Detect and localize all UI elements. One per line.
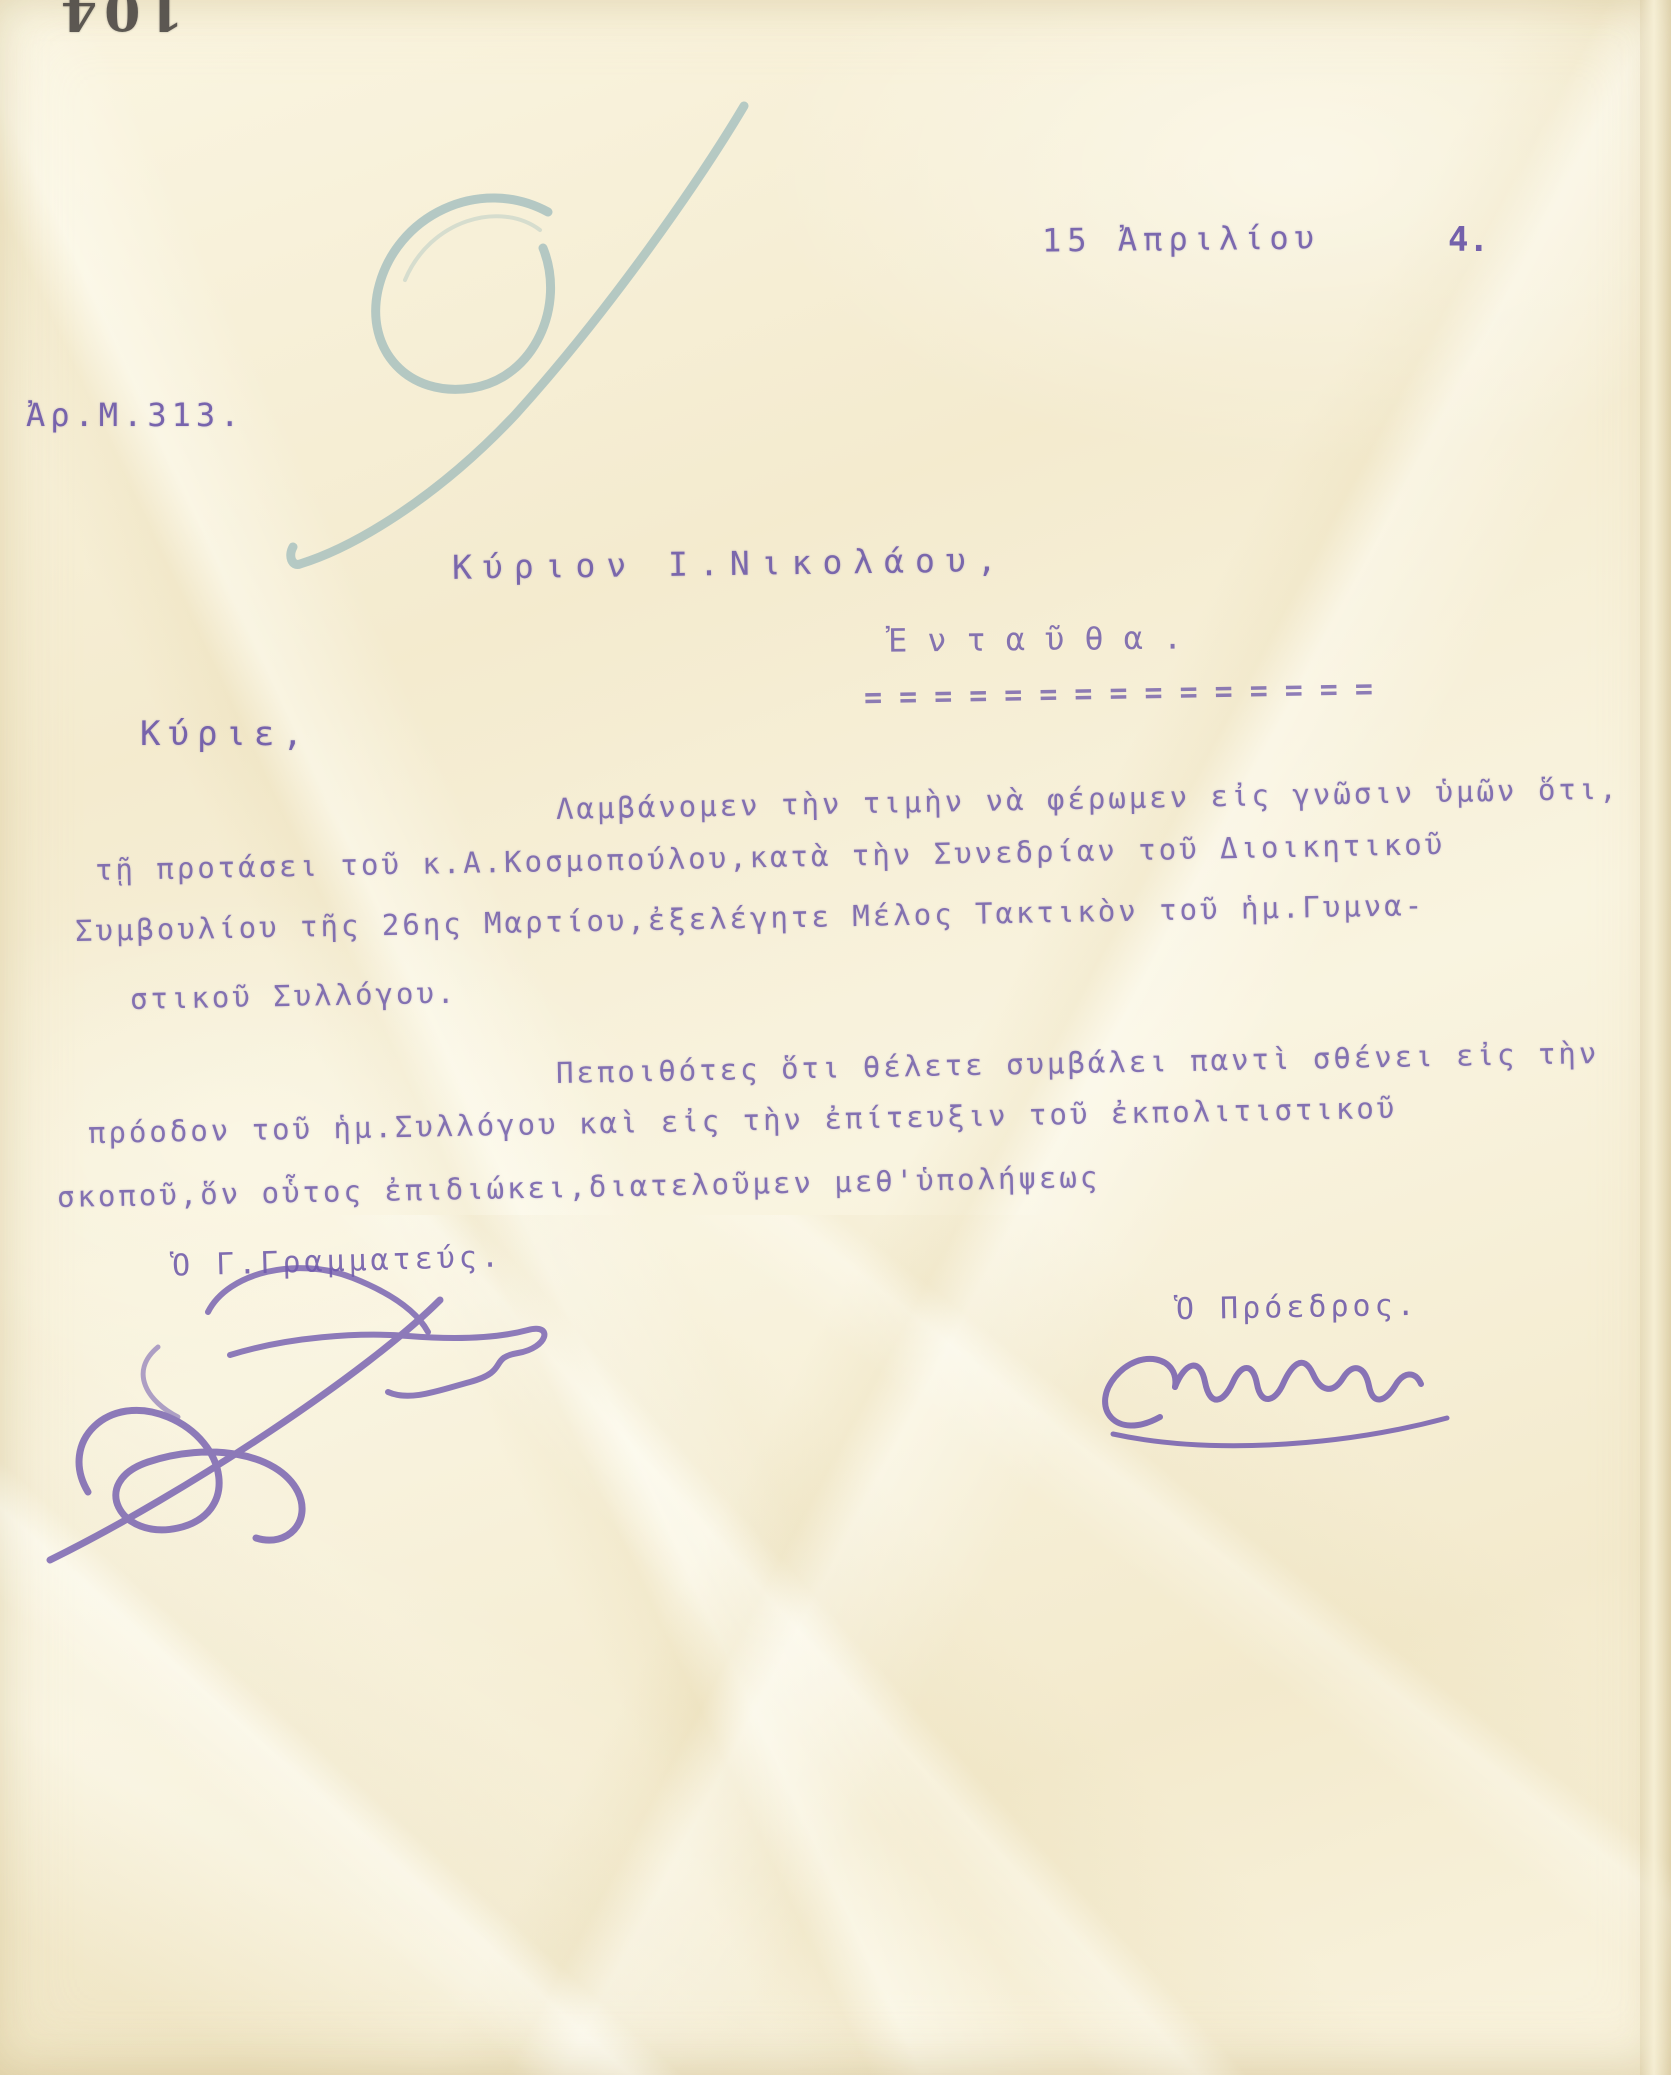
salutation: Κύριε,	[140, 714, 311, 754]
blue-pencil-mark	[0, 0, 1671, 2075]
body-line: Συμβουλίου τῆς 26ης Μαρτίου,ἐξελέγητε Μέ…	[75, 888, 1426, 948]
recipient-location: Ἐνταῦθα.	[888, 618, 1203, 659]
paper-wrinkle-texture	[0, 1215, 1671, 2075]
separator-line: ===============	[864, 671, 1390, 715]
body-line: στικοῦ Συλλόγου.	[130, 976, 458, 1016]
letter-date-number: 4.	[1448, 220, 1489, 260]
secretary-title: Ὁ Γ.Γραμματεύς.	[172, 1239, 504, 1283]
body-line: τῇ προτάσει τοῦ κ.Α.Κοσμοπούλου,κατὰ τὴν…	[95, 827, 1446, 887]
protocol-number: Ἀρ.Μ.313.	[26, 396, 244, 434]
secretary-signature	[28, 1252, 568, 1582]
president-signature	[1085, 1322, 1475, 1462]
body-line: Πεποιθότες ὅτι θέλετε συμβάλει παντὶ σθέ…	[556, 1036, 1600, 1090]
president-title: Ὁ Πρόεδρος.	[1176, 1288, 1419, 1327]
body-line: Λαμβάνομεν τὴν τιμὴν νὰ φέρωμεν εἰς γνῶσ…	[556, 772, 1620, 826]
paper-right-edge	[1640, 0, 1671, 2075]
recipient-name: Κύριον Ι.Νικολάου,	[452, 540, 1008, 587]
body-line: πρόοδον τοῦ ἡμ.Συλλόγου καὶ εἰς τὴν ἐπίτ…	[88, 1091, 1398, 1150]
letter-date: 15 Ἀπριλίου	[1042, 219, 1320, 260]
archive-page-number: 104	[54, 0, 184, 36]
body-line: σκοποῦ,ὅν οὗτος ἐπιδιώκει,διατελοῦμεν με…	[57, 1160, 1101, 1214]
letter-page: 104 15 Ἀπριλίου 4. Ἀρ.Μ.313. Κύριον Ι.Νι…	[0, 0, 1671, 2075]
